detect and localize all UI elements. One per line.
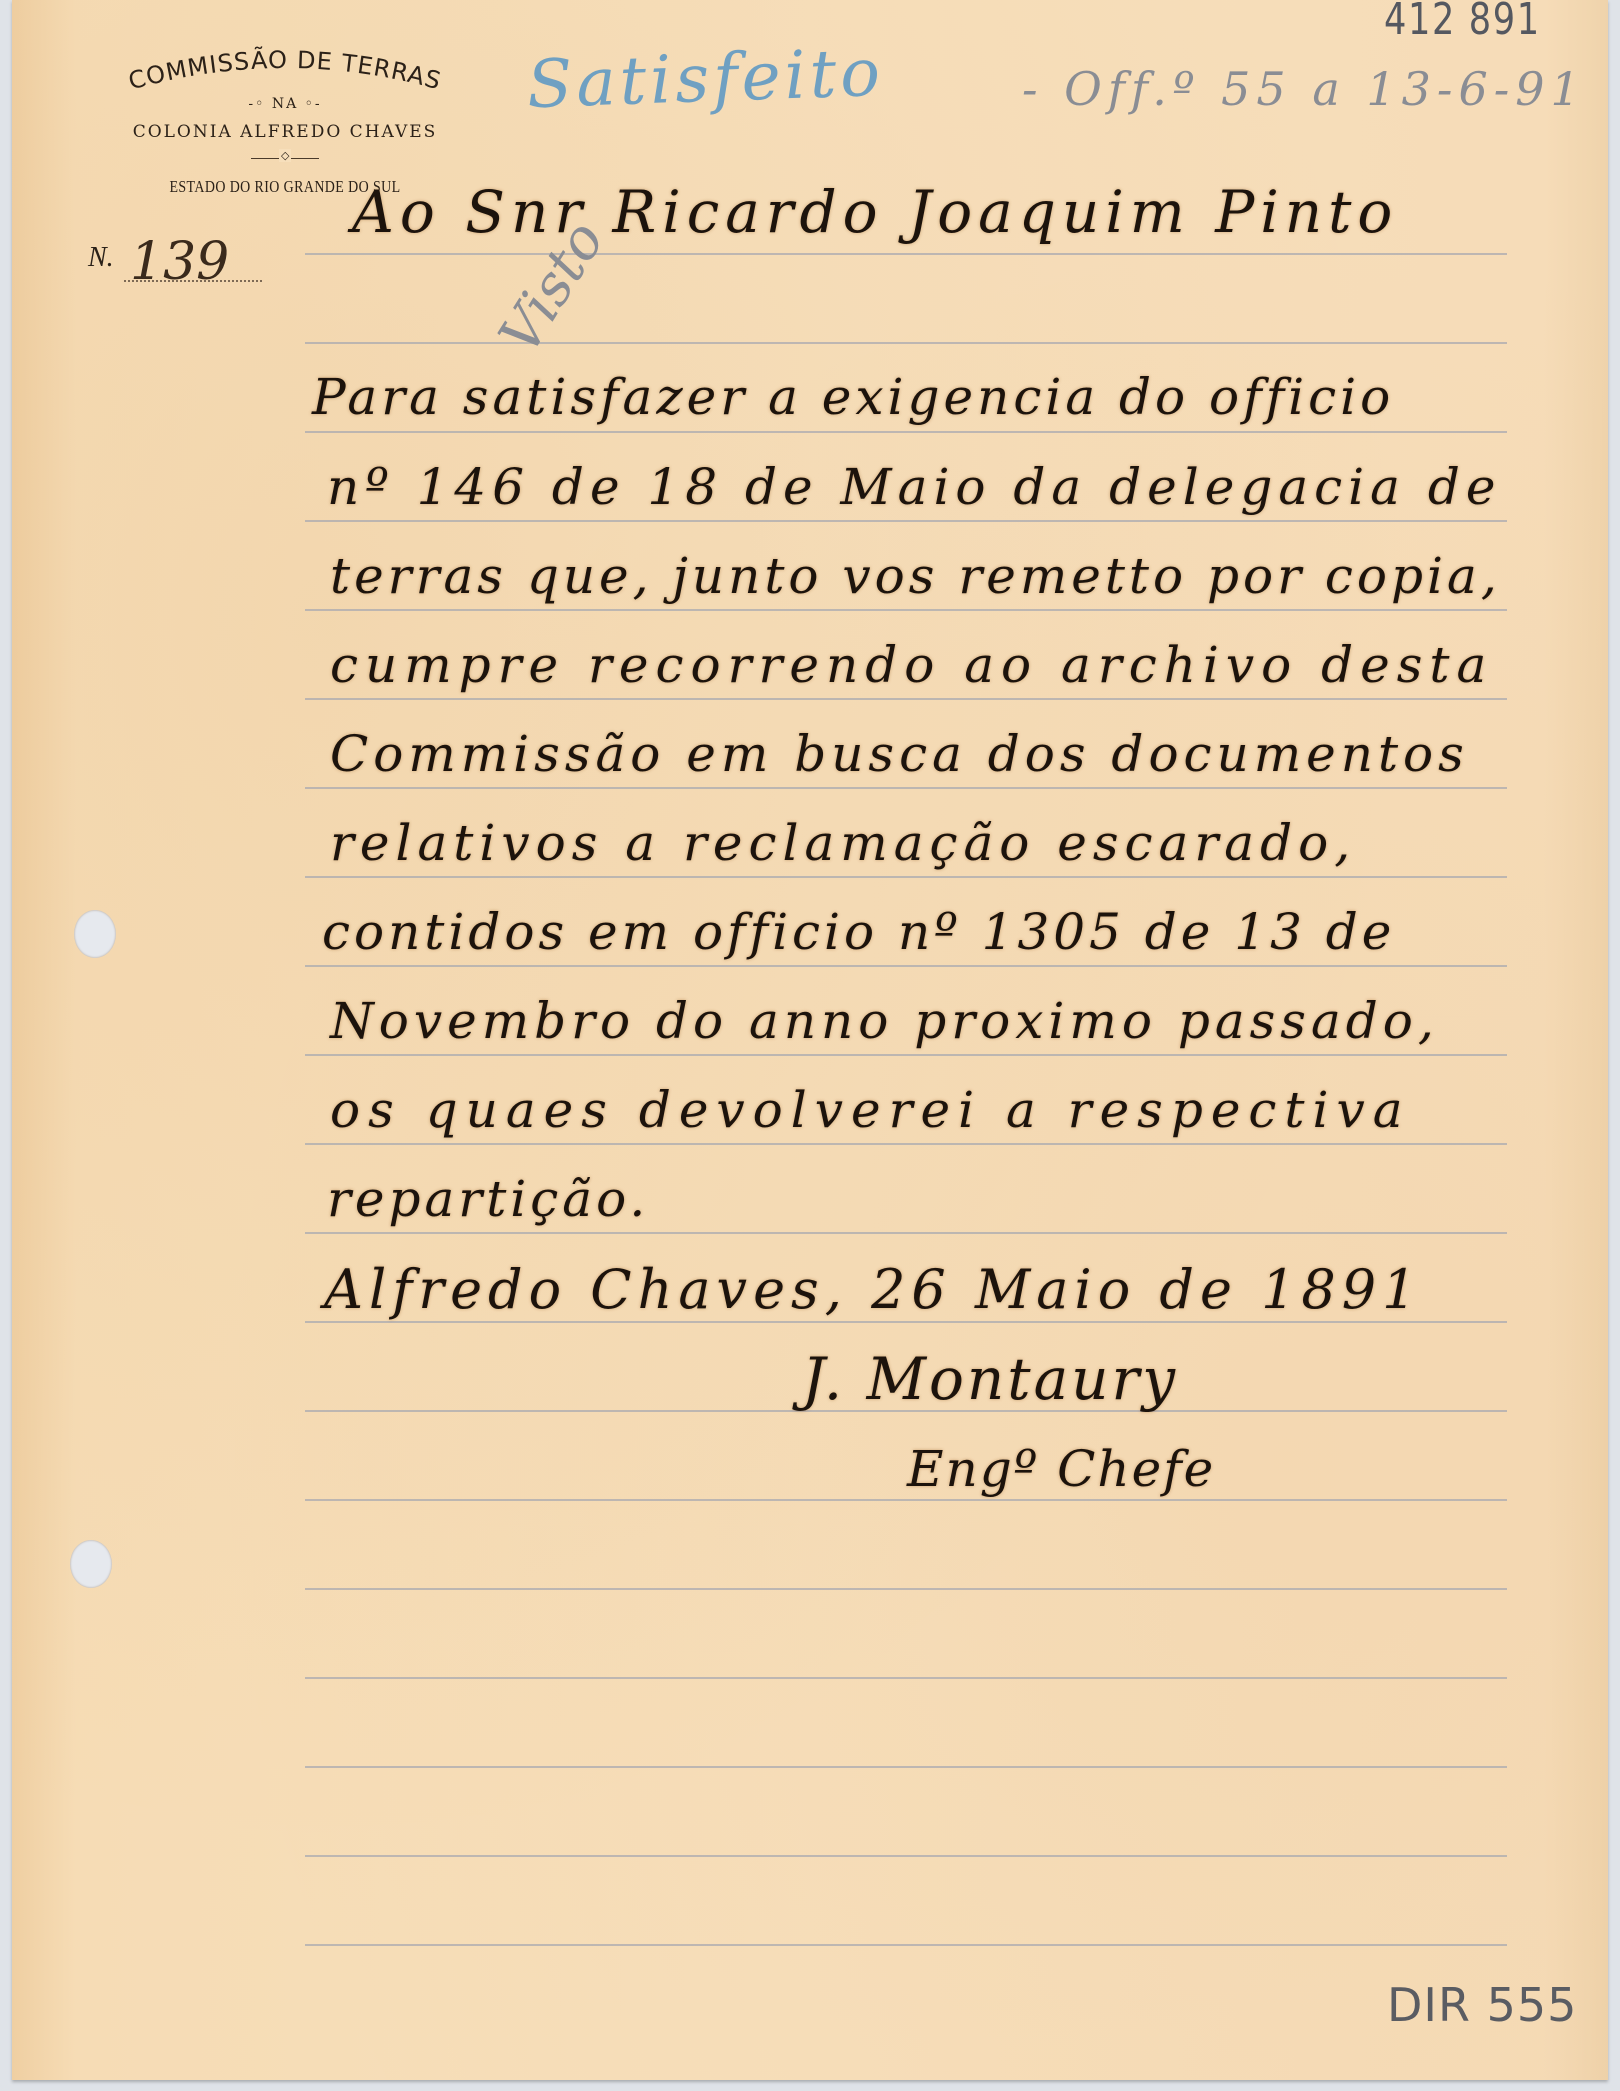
commission-title-arc: COMMISSÃO DE TERRAS <box>70 30 500 100</box>
letter-place-date: Alfredo Chaves, 26 Maio de 1891 <box>324 1258 1423 1321</box>
body-line: terras que, junto vos remetto por copia, <box>330 547 1501 605</box>
document-number-label: N. <box>88 242 114 274</box>
document-number-value: 139 <box>130 232 229 292</box>
punch-hole-bottom <box>70 1540 112 1588</box>
document-page: COMMISSÃO DE TERRAS -◦ NA ◦- COLONIA ALF… <box>12 0 1608 2080</box>
body-line: repartição. <box>327 1170 649 1228</box>
archive-number: 412 891 <box>1384 0 1541 45</box>
letter-salutation: Ao Snr Ricardo Joaquim Pinto <box>352 178 1398 246</box>
body-line: Novembro do anno proximo passado, <box>330 992 1439 1050</box>
office-reference-annotation: - Off.º 55 a 13-6-91 <box>1022 62 1586 116</box>
signature: J. Montaury <box>802 1345 1178 1413</box>
body-line: Para satisfazer a exigencia do officio <box>312 368 1394 426</box>
svg-text:COMMISSÃO DE TERRAS: COMMISSÃO DE TERRAS <box>125 44 444 95</box>
ornament-divider <box>251 158 319 159</box>
letterhead-na: -◦ NA ◦- <box>70 96 500 112</box>
body-line: contidos em officio nº 1305 de 13 de <box>322 903 1395 961</box>
signature-title: Engº Chefe <box>907 1440 1215 1498</box>
body-line: Commissão em busca dos documentos <box>330 725 1469 783</box>
punch-hole-top <box>74 910 116 958</box>
satisfeito-annotation: Satisfeito <box>526 34 885 123</box>
body-line: nº 146 de 18 de Maio da delegacia de <box>327 458 1501 516</box>
commission-title: COMMISSÃO DE TERRAS <box>125 44 444 95</box>
catalog-code: DIR 555 <box>1387 1978 1577 2032</box>
body-line: cumpre recorrendo ao archivo desta <box>330 636 1493 694</box>
body-line: os quaes devolverei a respectiva <box>330 1081 1411 1139</box>
letterhead: COMMISSÃO DE TERRAS -◦ NA ◦- COLONIA ALF… <box>70 30 500 197</box>
body-line: relativos a reclamação escarado, <box>330 814 1356 872</box>
letterhead-colonia: COLONIA ALFREDO CHAVES <box>70 122 500 142</box>
